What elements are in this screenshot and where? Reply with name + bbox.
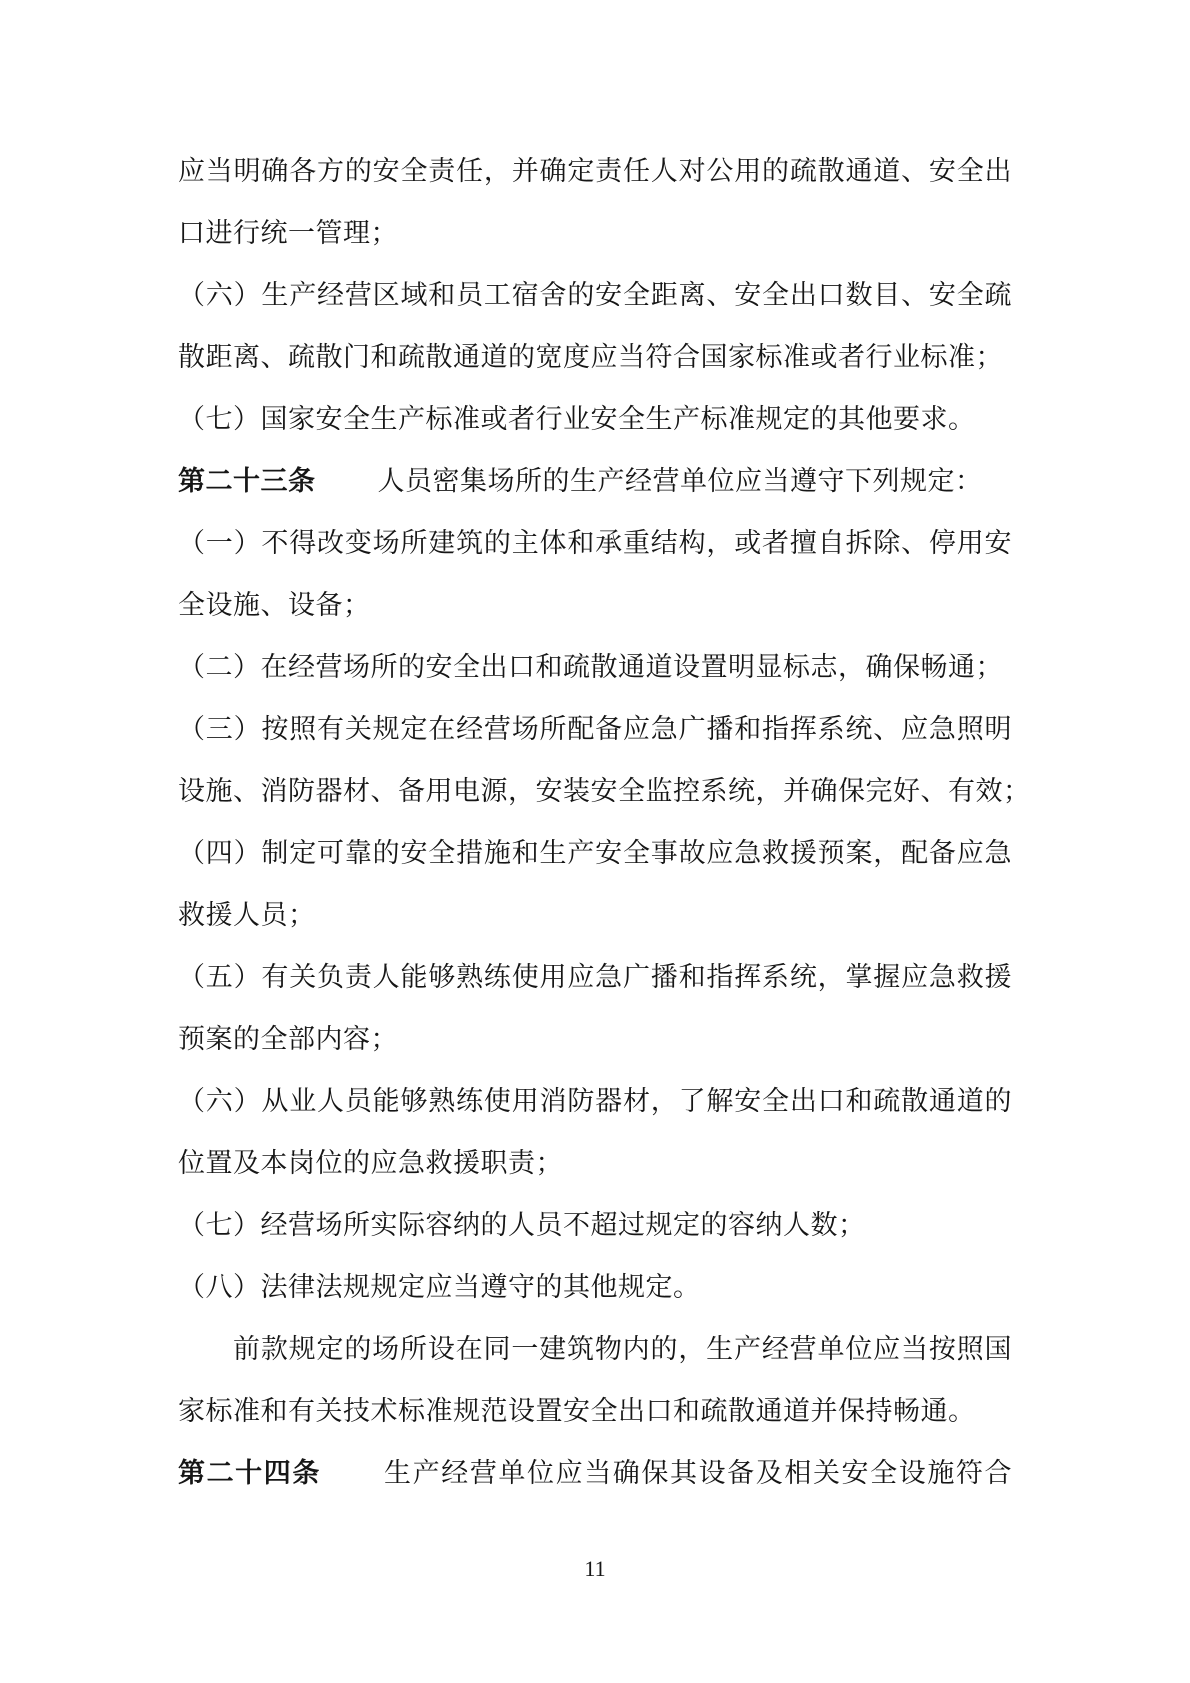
- text-line: （六）生产经营区域和员工宿舍的安全距离、安全出口数目、安全疏: [178, 264, 1012, 326]
- text-line: 全设施、设备；: [178, 574, 1012, 636]
- text-line: 位置及本岗位的应急救援职责；: [178, 1132, 1012, 1194]
- article-text: 人员密集场所的生产经营单位应当遵守下列规定：: [378, 466, 983, 496]
- text-line: 第二十三条人员密集场所的生产经营单位应当遵守下列规定：: [178, 450, 1012, 512]
- text-line: 应当明确各方的安全责任，并确定责任人对公用的疏散通道、安全出: [178, 140, 1012, 202]
- label-gap: [316, 489, 378, 490]
- text-line: （八）法律法规规定应当遵守的其他规定。: [178, 1256, 1012, 1318]
- article-text: 生产经营单位应当确保其设备及相关安全设施符合: [383, 1458, 1012, 1488]
- text-line: （三）按照有关规定在经营场所配备应急广播和指挥系统、应急照明: [178, 698, 1012, 760]
- text-line: （七）经营场所实际容纳的人员不超过规定的容纳人数；: [178, 1194, 1012, 1256]
- text-line: 口进行统一管理；: [178, 202, 1012, 264]
- text-line: （四）制定可靠的安全措施和生产安全事故应急救援预案，配备应急: [178, 822, 1012, 884]
- text-line: （二）在经营场所的安全出口和疏散通道设置明显标志，确保畅通；: [178, 636, 1012, 698]
- text-line: 前款规定的场所设在同一建筑物内的，生产经营单位应当按照国: [178, 1318, 1012, 1380]
- text-line: （七）国家安全生产标准或者行业安全生产标准规定的其他要求。: [178, 388, 1012, 450]
- text-line: 散距离、疏散门和疏散通道的宽度应当符合国家标准或者行业标准；: [178, 326, 1012, 388]
- document-body: 应当明确各方的安全责任，并确定责任人对公用的疏散通道、安全出口进行统一管理；（六…: [178, 140, 1012, 1504]
- article-number-label: 第二十三条: [178, 466, 316, 496]
- page-number: 11: [0, 1556, 1190, 1582]
- text-line: （六）从业人员能够熟练使用消防器材，了解安全出口和疏散通道的: [178, 1070, 1012, 1132]
- text-line: 设施、消防器材、备用电源，安装安全监控系统，并确保完好、有效；: [178, 760, 1012, 822]
- text-line: （五）有关负责人能够熟练使用应急广播和指挥系统，掌握应急救援: [178, 946, 1012, 1008]
- text-line: 第二十四条生产经营单位应当确保其设备及相关安全设施符合: [178, 1442, 1012, 1504]
- label-gap: [321, 1481, 383, 1482]
- text-line: 救援人员；: [178, 884, 1012, 946]
- article-number-label: 第二十四条: [178, 1458, 321, 1488]
- text-line: 预案的全部内容；: [178, 1008, 1012, 1070]
- text-line: 家标准和有关技术标准规范设置安全出口和疏散通道并保持畅通。: [178, 1380, 1012, 1442]
- text-line: （一）不得改变场所建筑的主体和承重结构，或者擅自拆除、停用安: [178, 512, 1012, 574]
- document-page: 应当明确各方的安全责任，并确定责任人对公用的疏散通道、安全出口进行统一管理；（六…: [0, 0, 1190, 1683]
